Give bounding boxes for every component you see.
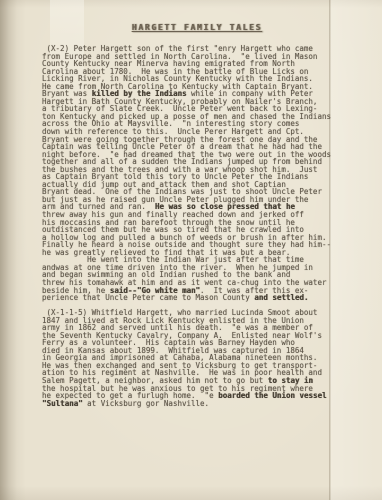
paragraph-peter-hargett: (X-2) Peter Hargett son of the first "en… (42, 45, 342, 302)
document-page: HARGETT FAMILY TALES (X-2) Peter Hargett… (0, 0, 382, 500)
text-block: (X-2) Peter Hargett son of the first "en… (42, 45, 342, 415)
page-title: HARGETT FAMILY TALES (0, 23, 382, 32)
page-left-edge-shadow (0, 0, 26, 500)
paragraph-whitfield-hargett: (X-1-1-5) Whitfield Hargett, who married… (42, 309, 342, 407)
